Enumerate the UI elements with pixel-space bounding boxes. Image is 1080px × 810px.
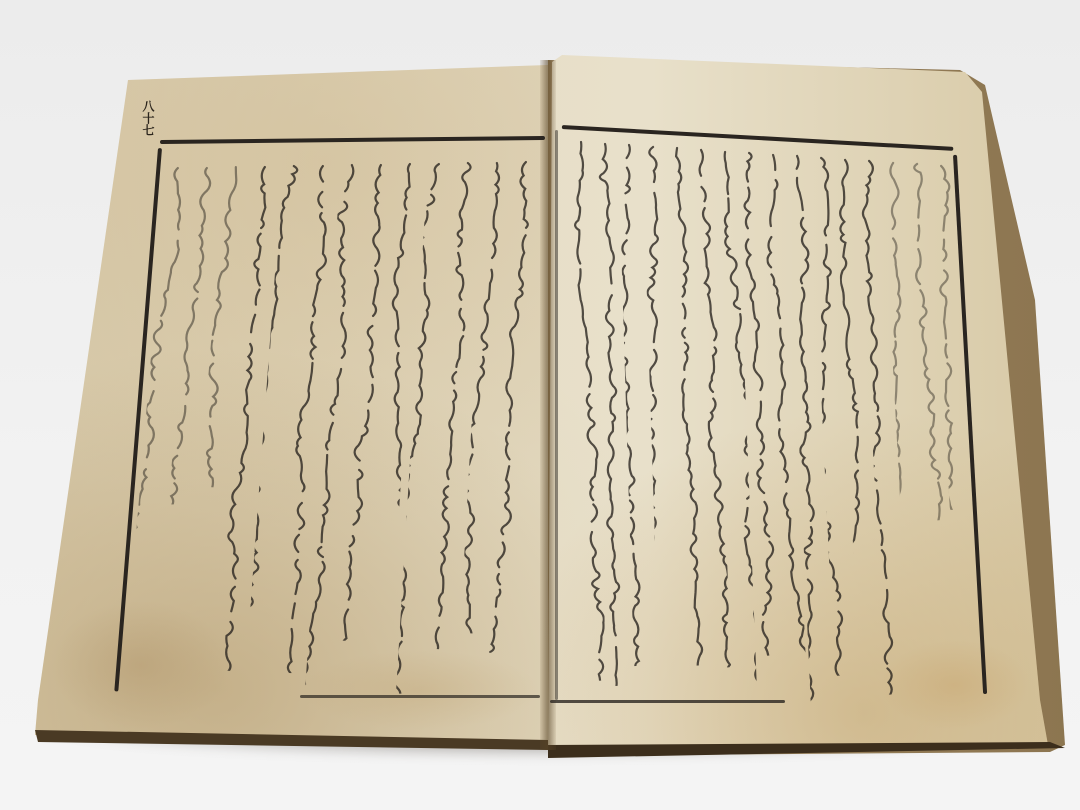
book-gutter xyxy=(540,60,556,750)
left-frame-bottom xyxy=(300,695,540,698)
right-frame-bottom xyxy=(550,700,785,703)
right-frame-inner xyxy=(555,130,558,700)
photo-scene: 八十七 xyxy=(0,0,1080,810)
folio-number: 八十七 xyxy=(138,100,154,136)
